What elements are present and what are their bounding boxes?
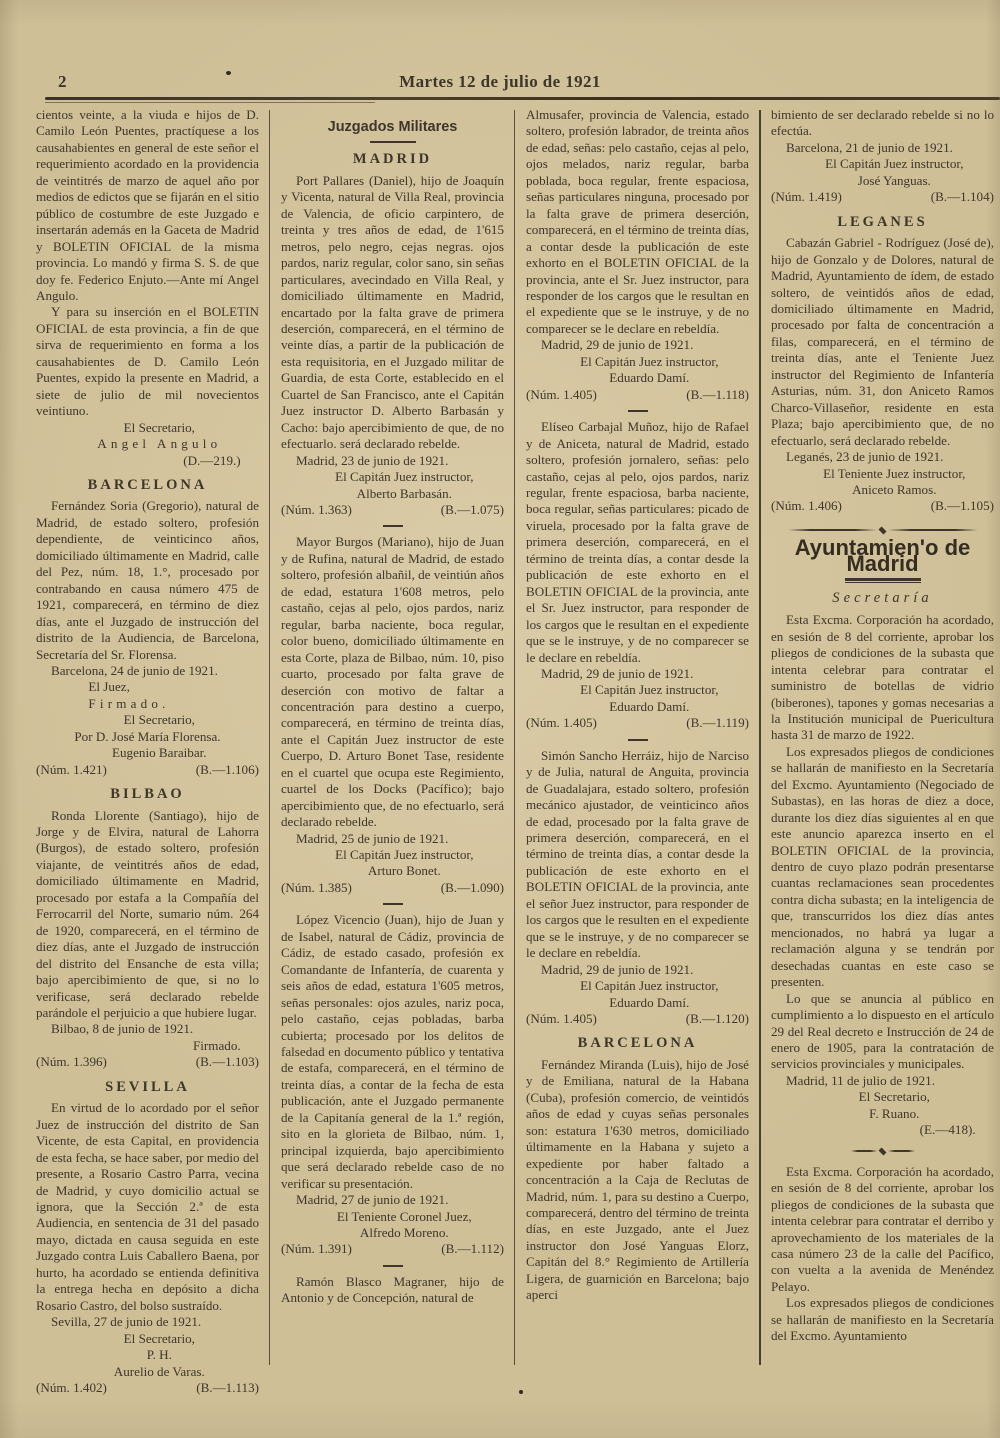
signature-line: Firmado. bbox=[36, 1038, 259, 1054]
bulletin-number: (B.—1.112) bbox=[441, 1241, 504, 1257]
notice-paragraph: Bilbao, 8 de junio de 1921. bbox=[36, 1021, 259, 1037]
notice-paragraph: Port Pallares (Daniel), hijo de Joaquín … bbox=[281, 173, 504, 453]
bulletin-number: (B.—1.120) bbox=[686, 1011, 749, 1027]
bulletin-number: (B.—1.075) bbox=[441, 502, 504, 518]
title-rule bbox=[845, 578, 921, 583]
rule-left bbox=[851, 1150, 878, 1152]
ayuntamiento-title-block: Ayuntamien'o de Madrid bbox=[771, 540, 994, 583]
notice-paragraph: Y para su inserción en el BOLETIN OFICIA… bbox=[36, 304, 259, 419]
reference-numbers: (Núm. 1.421)(B.—1.106) bbox=[36, 762, 259, 778]
notice-paragraph: Madrid, 23 de junio de 1921. bbox=[281, 453, 504, 469]
notice-paragraph: Madrid, 29 de junio de 1921. bbox=[526, 962, 749, 978]
date-header: Martes 12 de julio de 1921 bbox=[0, 72, 1000, 92]
page-header-rule-secondary bbox=[45, 102, 375, 103]
ink-speck bbox=[226, 71, 231, 75]
newspaper-page: { "colors": { "paper": "#cfbf97", "ink":… bbox=[0, 0, 1000, 1438]
heading-rule bbox=[370, 141, 416, 143]
column-4: bimiento de ser declarado rebelde si no … bbox=[771, 107, 994, 1397]
separator-dash bbox=[628, 739, 648, 741]
notice-number: (Núm. 1.406) bbox=[771, 498, 842, 514]
notice-paragraph: Madrid, 29 de junio de 1921. bbox=[526, 337, 749, 353]
signature-line: Alfredo Moreno. bbox=[281, 1225, 504, 1241]
rule-left bbox=[788, 529, 878, 531]
signature-line: P. H. bbox=[36, 1347, 259, 1363]
signature-line: Alberto Barbasán. bbox=[281, 486, 504, 502]
bulletin-number: (B.—1.103) bbox=[196, 1054, 259, 1070]
bulletin-number: (B.—1.106) bbox=[196, 762, 259, 778]
signature-line: F. Ruano. bbox=[771, 1106, 994, 1122]
notice-paragraph: Madrid, 11 de julio de 1921. bbox=[771, 1073, 994, 1089]
notice-paragraph: bimiento de ser declarado rebelde si no … bbox=[771, 107, 994, 140]
notice-paragraph: Madrid, 25 de junio de 1921. bbox=[281, 831, 504, 847]
notice-paragraph: Ronda Llorente (Santiago), hijo de Jorge… bbox=[36, 808, 259, 1022]
juzgados-militares-heading: Juzgados Militares bbox=[281, 119, 504, 143]
bulletin-number: (B.—1.090) bbox=[441, 880, 504, 896]
signature-line: (E.—418). bbox=[771, 1122, 994, 1138]
reference-numbers: (Núm. 1.405)(B.—1.119) bbox=[526, 715, 749, 731]
bulletin-number: (B.—1.104) bbox=[931, 189, 994, 205]
notice-paragraph: Elíseo Carbajal Muñoz, hijo de Rafael y … bbox=[526, 419, 749, 666]
signature-line: Angel Angulo bbox=[36, 436, 259, 452]
notice-number: (Núm. 1.391) bbox=[281, 1241, 352, 1257]
reference-numbers: (Núm. 1.391)(B.—1.112) bbox=[281, 1241, 504, 1257]
notice-number: (Núm. 1.405) bbox=[526, 715, 597, 731]
section-heading: LEGANES bbox=[771, 214, 994, 230]
notice-paragraph: Leganés, 23 de junio de 1921. bbox=[771, 449, 994, 465]
notice-paragraph: Cabazán Gabriel - Rodríguez (José de), h… bbox=[771, 235, 994, 449]
signature-line: El Secretario, bbox=[36, 712, 259, 728]
signature-line: El Capitán Juez instructor, bbox=[281, 847, 504, 863]
signature-line: El Capitán Juez instructor, bbox=[771, 156, 994, 172]
notice-paragraph: cientos veinte, a la viuda e hijos de D.… bbox=[36, 107, 259, 304]
column-2: Juzgados MilitaresMADRIDPort Pallares (D… bbox=[281, 107, 504, 1397]
signature-line: El Secretario, bbox=[36, 420, 259, 436]
section-heading: SEVILLA bbox=[36, 1079, 259, 1095]
notice-number: (Núm. 1.419) bbox=[771, 189, 842, 205]
signature-line: Aniceto Ramos. bbox=[771, 482, 994, 498]
notice-paragraph: Fernández Soria (Gregorio), natural de M… bbox=[36, 498, 259, 663]
separator-dash bbox=[383, 525, 403, 527]
notice-paragraph: Los expresados pliegos de condiciones se… bbox=[771, 1295, 994, 1344]
signature-line: Aurelio de Varas. bbox=[36, 1364, 259, 1380]
bulletin-number: (B.—1.105) bbox=[931, 498, 994, 514]
ornamental-rule bbox=[788, 527, 978, 534]
reference-numbers: (Núm. 1.405)(B.—1.118) bbox=[526, 387, 749, 403]
notice-paragraph: Simón Sancho Herráiz, hijo de Narciso y … bbox=[526, 748, 749, 962]
secretaria-subheading: Secretaría bbox=[771, 590, 994, 606]
bulletin-number: (B.—1.113) bbox=[196, 1380, 259, 1396]
signature-line: El Capitán Juez instructor, bbox=[526, 354, 749, 370]
section-heading: MADRID bbox=[281, 151, 504, 167]
notice-paragraph: Esta Excma. Corporación ha acordado, en … bbox=[771, 1164, 994, 1296]
notice-paragraph: Lo que se anuncia al público en cumplimi… bbox=[771, 991, 994, 1073]
ayuntamiento-title: Ayuntamien'o de Madrid bbox=[771, 540, 994, 573]
notice-number: (Núm. 1.405) bbox=[526, 1011, 597, 1027]
notice-paragraph: Mayor Burgos (Mariano), hijo de Juan y d… bbox=[281, 534, 504, 830]
bulletin-number: (B.—1.118) bbox=[686, 387, 749, 403]
rule-right bbox=[888, 529, 978, 531]
reference-numbers: (Núm. 1.419)(B.—1.104) bbox=[771, 189, 994, 205]
separator-dash bbox=[628, 410, 648, 412]
reference-numbers: (Núm. 1.363)(B.—1.075) bbox=[281, 502, 504, 518]
signature-line: Firmado. bbox=[36, 696, 259, 712]
column-3: Almusafer, provincia de Valencia, estado… bbox=[526, 107, 749, 1397]
signature-line: El Juez, bbox=[36, 679, 259, 695]
notice-paragraph: Fernández Miranda (Luis), hijo de José y… bbox=[526, 1057, 749, 1304]
separator-dash bbox=[383, 1265, 403, 1267]
reference-numbers: (Núm. 1.402)(B.—1.113) bbox=[36, 1380, 259, 1396]
signature-line: El Teniente Coronel Juez, bbox=[281, 1209, 504, 1225]
signature-line: El Capitán Juez instructor, bbox=[281, 469, 504, 485]
notice-number: (Núm. 1.385) bbox=[281, 880, 352, 896]
signature-line: Eugenio Baraibar. bbox=[36, 745, 259, 761]
signature-line: Eduardo Damí. bbox=[526, 995, 749, 1011]
rule-diamond bbox=[878, 1147, 886, 1155]
section-heading: BARCELONA bbox=[526, 1035, 749, 1051]
notice-paragraph: Sevilla, 27 de junio de 1921. bbox=[36, 1314, 259, 1330]
notice-number: (Núm. 1.402) bbox=[36, 1380, 107, 1396]
notice-paragraph: Los expresados pliegos de condiciones se… bbox=[771, 744, 994, 991]
signature-line: Por D. José María Florensa. bbox=[36, 729, 259, 745]
signature-line: El Capitán Juez instructor, bbox=[526, 978, 749, 994]
notice-paragraph: Almusafer, provincia de Valencia, estado… bbox=[526, 107, 749, 337]
signature-line: El Capitán Juez instructor, bbox=[526, 682, 749, 698]
notice-number: (Núm. 1.421) bbox=[36, 762, 107, 778]
separator-dash bbox=[383, 903, 403, 905]
heading-text: Juzgados Militares bbox=[328, 119, 458, 135]
notice-paragraph: Ramón Blasco Magraner, hijo de Antonio y… bbox=[281, 1274, 504, 1307]
notice-paragraph: Barcelona, 21 de junio de 1921. bbox=[771, 140, 994, 156]
section-heading: BARCELONA bbox=[36, 477, 259, 493]
notice-paragraph: López Vicencio (Juan), hijo de Juan y de… bbox=[281, 912, 504, 1192]
section-heading: BILBAO bbox=[36, 786, 259, 802]
column-1: cientos veinte, a la viuda e hijos de D.… bbox=[36, 107, 259, 1397]
signature-line: Arturo Bonet. bbox=[281, 863, 504, 879]
reference-numbers: (Núm. 1.385)(B.—1.090) bbox=[281, 880, 504, 896]
small-ornament bbox=[851, 1148, 915, 1155]
page-header-rule bbox=[45, 97, 1000, 100]
signature-line: (D.—219.) bbox=[36, 453, 259, 469]
signature-line: El Secretario, bbox=[771, 1089, 994, 1105]
signature-line: El Teniente Juez instructor, bbox=[771, 466, 994, 482]
reference-numbers: (Núm. 1.405)(B.—1.120) bbox=[526, 1011, 749, 1027]
signature-line: El Secretario, bbox=[36, 1331, 259, 1347]
notice-paragraph: En virtud de lo acordado por el señor Ju… bbox=[36, 1100, 259, 1314]
reference-numbers: (Núm. 1.406)(B.—1.105) bbox=[771, 498, 994, 514]
signature-line: Eduardo Damí. bbox=[526, 370, 749, 386]
notice-number: (Núm. 1.363) bbox=[281, 502, 352, 518]
rule-right bbox=[888, 1150, 915, 1152]
notice-number: (Núm. 1.405) bbox=[526, 387, 597, 403]
signature-line: José Yanguas. bbox=[771, 173, 994, 189]
signature-line: Eduardo Damí. bbox=[526, 699, 749, 715]
notice-paragraph: Madrid, 29 de junio de 1921. bbox=[526, 666, 749, 682]
text-columns: cientos veinte, a la viuda e hijos de D.… bbox=[36, 107, 994, 1397]
notice-number: (Núm. 1.396) bbox=[36, 1054, 107, 1070]
notice-paragraph: Esta Excma. Corporación ha acordado, en … bbox=[771, 612, 994, 744]
notice-paragraph: Madrid, 27 de junio de 1921. bbox=[281, 1192, 504, 1208]
rule-diamond bbox=[878, 526, 886, 534]
notice-paragraph: Barcelona, 24 de junio de 1921. bbox=[36, 663, 259, 679]
bulletin-number: (B.—1.119) bbox=[686, 715, 749, 731]
reference-numbers: (Núm. 1.396)(B.—1.103) bbox=[36, 1054, 259, 1070]
